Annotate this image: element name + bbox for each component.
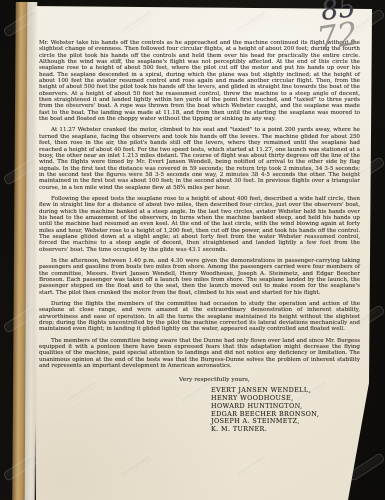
paragraph: During the flights the members of the co… xyxy=(39,301,360,333)
paragraph: Mr. Webster take his hands off the contr… xyxy=(39,40,360,122)
signature-block: EVERT JANSEN WENDELL, HENRY WOODHOUSE, H… xyxy=(211,387,360,434)
signatory-name: K. M. TURNER. xyxy=(211,426,360,434)
paragraph: The members of the committee being aware… xyxy=(39,338,360,370)
paragraph: In the afternoon, between 1.40 p.m. and … xyxy=(39,258,360,296)
photo-background: Mr. Webster take his hands off the contr… xyxy=(0,0,385,500)
paragraph: At 11.27 Webster cranked the motor, clim… xyxy=(39,127,360,190)
